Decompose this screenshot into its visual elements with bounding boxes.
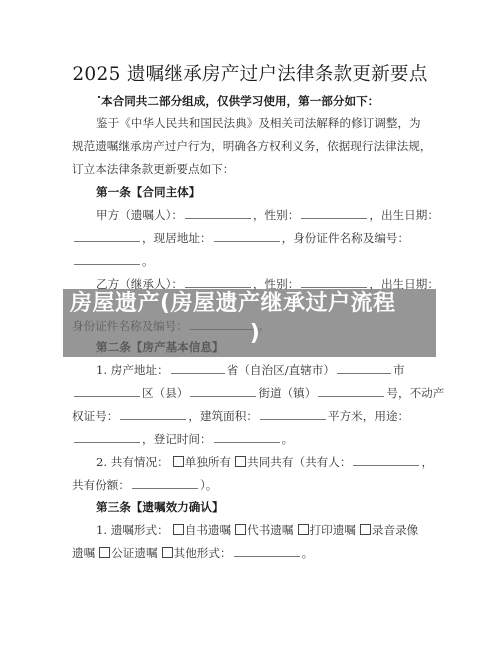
reg-label: ，登记时间： — [142, 432, 212, 446]
number-field[interactable] — [318, 386, 384, 397]
option-sole: 单独所有 — [185, 455, 231, 469]
preamble-line-1: 鉴于《中华人民共和国民法典》及相关司法解释的修订调整，为 — [96, 115, 466, 131]
will-form-label: 1. 遗嘱形式： — [96, 523, 169, 537]
district-field[interactable] — [74, 386, 140, 397]
cert-field[interactable] — [120, 409, 186, 420]
party-a-line-2: ，现居地址：，身份证件名称及编号： — [72, 230, 442, 246]
preamble-line-3: 订立本法律条款更新要点如下： — [72, 161, 442, 177]
checkbox-recorded[interactable] — [360, 524, 371, 535]
period: 。 — [302, 546, 314, 560]
option-handwritten: 自书遗嘱 — [185, 523, 231, 537]
property-line-2: 区（县）街道（镇）号，不动产 — [72, 385, 442, 401]
party-a-address-field[interactable] — [214, 231, 280, 242]
checkbox-notarized[interactable] — [99, 547, 110, 558]
party-a-line-1: 甲方（遗嘱人）：，性别：，出生日期： — [96, 207, 466, 223]
option-joint: 共同共有（共有人： — [247, 455, 351, 469]
street-field[interactable] — [190, 386, 256, 397]
party-a-line-3: 。 — [72, 253, 442, 269]
period: 。 — [142, 254, 154, 268]
party-b-gender-field[interactable] — [301, 277, 367, 288]
street-label: 街道（镇） — [258, 386, 316, 400]
party-b-name-field[interactable] — [185, 277, 251, 288]
overlay-banner-title: 房屋遗产(房屋遗产继承过户流程 ) — [70, 289, 430, 349]
province-field[interactable] — [171, 363, 225, 374]
other-form-field[interactable] — [234, 546, 300, 557]
checkbox-proxy[interactable] — [235, 524, 246, 535]
period: 。 — [282, 432, 294, 446]
share-label: 共有份额： — [72, 478, 130, 492]
comma: ， — [421, 455, 433, 469]
coowner-field[interactable] — [353, 455, 419, 466]
option-other: 其他形式： — [174, 546, 232, 560]
coownership-label: 2. 共有情况： — [96, 455, 169, 469]
party-a-name-field[interactable] — [185, 208, 251, 219]
reg-time-field[interactable] — [214, 432, 280, 443]
option-proxy: 代书遗嘱 — [247, 523, 293, 537]
party-a-id-field[interactable] — [74, 254, 140, 265]
property-line-4: ，登记时间：。 — [72, 431, 442, 447]
party-a-gender-field[interactable] — [301, 208, 367, 219]
province-label: 省（自治区/直辖市） — [227, 363, 335, 377]
checkbox-other[interactable] — [162, 547, 173, 558]
address-label: ，现居地址： — [142, 231, 212, 245]
document-page: 2025 遗嘱继承房产过户法律条款更新要点 本合同共二部分组成，仅供学习使用，第… — [0, 0, 500, 647]
area-label: ，建筑面积： — [188, 409, 258, 423]
option-recorded: 录音录像 — [372, 523, 418, 537]
district-label: 区（县） — [142, 386, 188, 400]
period: ）。 — [200, 478, 217, 492]
area-field[interactable] — [260, 409, 326, 420]
will-form-line-1: 1. 遗嘱形式：自书遗嘱代书遗嘱打印遗嘱录音录像 — [96, 522, 466, 538]
party-a-label: 甲方（遗嘱人）： — [96, 208, 183, 222]
city-field[interactable] — [337, 363, 391, 374]
checkbox-printed[interactable] — [298, 524, 309, 535]
checkbox-sole[interactable] — [173, 456, 184, 467]
share-field[interactable] — [132, 478, 198, 489]
checkbox-joint[interactable] — [235, 456, 246, 467]
option-printed: 打印遗嘱 — [310, 523, 356, 537]
bullet-mark — [98, 96, 100, 98]
number-label: 号，不动产 — [386, 386, 444, 400]
banner-line-2: ) — [70, 319, 430, 349]
usage-label: 平方米，用途： — [328, 409, 409, 423]
gender-label: ，性别： — [253, 208, 299, 222]
article3-heading: 第三条【遗嘱效力确认】 — [96, 499, 466, 515]
usage-field[interactable] — [74, 432, 140, 443]
document-title: 2025 遗嘱继承房产过户法律条款更新要点 — [0, 60, 500, 86]
id-label: ，身份证件名称及编号： — [282, 231, 410, 245]
option-notarized: 公证遗嘱 — [111, 546, 157, 560]
checkbox-handwritten[interactable] — [173, 524, 184, 535]
coownership-line-1: 2. 共有情况：单独所有共同共有（共有人：， — [96, 454, 466, 470]
cert-label: 权证号： — [72, 409, 118, 423]
city-label: 市 — [393, 363, 405, 377]
preamble-line-2: 规范遗嘱继承房产过户行为，明确各方权利义务，依据现行法律法规， — [72, 138, 442, 154]
property-line-1: 1. 房产地址：省（自治区/直辖市）市 — [96, 362, 466, 378]
party-a-birth-field[interactable] — [74, 231, 140, 242]
article1-heading: 第一条【合同主体】 — [96, 184, 466, 200]
property-address-label: 1. 房产地址： — [96, 363, 169, 377]
option-recorded-cont: 遗嘱 — [72, 546, 95, 560]
property-line-3: 权证号：，建筑面积：平方米，用途： — [72, 408, 442, 424]
coownership-line-2: 共有份额：）。 — [72, 477, 442, 493]
birth-label: ，出生日期： — [369, 208, 439, 222]
banner-line-1: 房屋遗产(房屋遗产继承过户流程 — [70, 291, 396, 316]
will-form-line-2: 遗嘱公证遗嘱其他形式：。 — [72, 545, 442, 561]
intro-line: 本合同共二部分组成，仅供学习使用，第一部分如下： — [101, 93, 471, 109]
